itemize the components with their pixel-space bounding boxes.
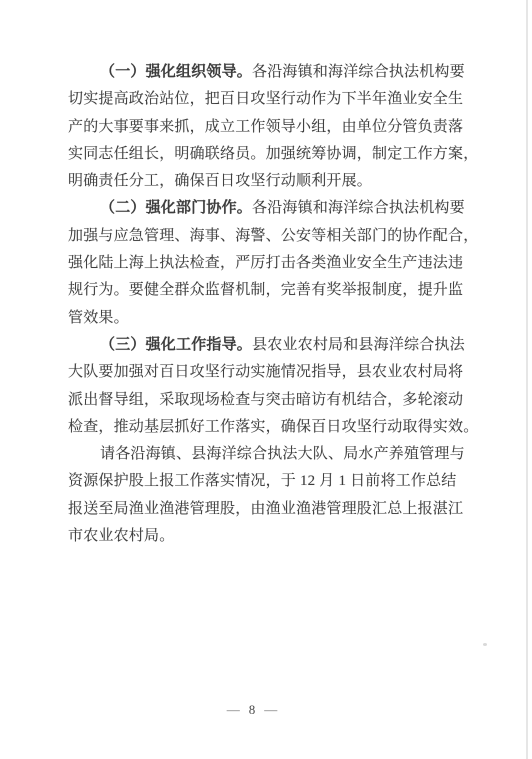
section-heading: （一）强化组织领导。 — [100, 64, 252, 80]
text-line: （二）强化部门协作。各沿海镇和海洋综合执法机构要 — [68, 195, 468, 222]
text-line: 切实提高政治站位，把百日攻坚行动作为下半年渔业安全生 — [68, 86, 468, 113]
scan-edge-line — [526, 0, 528, 759]
text-line: 市农业农村局。 — [68, 523, 468, 550]
text-line: 明确责任分工，确保百日攻坚行动顺利开展。 — [68, 168, 468, 195]
text-run: 各沿海镇和海洋综合执法机构要 — [252, 200, 465, 216]
footer-dash-right: — — [264, 702, 277, 717]
text-line: 规行为。要健全群众监督机制，完善有奖举报制度，提升监 — [68, 277, 468, 304]
text-line: 请各沿海镇、县海洋综合执法大队、局水产养殖管理与 — [68, 441, 468, 468]
paragraph-3: （三）强化工作指导。县农业农村局和县海洋综合执法 大队要加强对百日攻坚行动实施情… — [68, 332, 468, 441]
text-line: （三）强化工作指导。县农业农村局和县海洋综合执法 — [68, 332, 468, 359]
text-line: （一）强化组织领导。各沿海镇和海洋综合执法机构要 — [68, 59, 468, 86]
text-run: 县农业农村局和县海洋综合执法 — [252, 337, 465, 353]
text-line: 资源保护股上报工作落实情况，于 12 月 1 日前将工作总结 — [68, 468, 468, 495]
text-line: 大队要加强对百日攻坚行动实施情况指导，县农业农村局将 — [68, 359, 468, 386]
text-line: 检查，推动基层抓好工作落实，确保百日攻坚行动取得实效。 — [68, 414, 468, 441]
page-number: 8 — [249, 702, 256, 717]
scanned-document-page: （一）强化组织领导。各沿海镇和海洋综合执法机构要 切实提高政治站位，把百日攻坚行… — [0, 0, 532, 759]
document-body: （一）强化组织领导。各沿海镇和海洋综合执法机构要 切实提高政治站位，把百日攻坚行… — [68, 59, 468, 550]
footer-dash-left: — — [227, 702, 240, 717]
paragraph-2: （二）强化部门协作。各沿海镇和海洋综合执法机构要 加强与应急管理、海事、海警、公… — [68, 195, 468, 331]
text-line: 实同志任组长，明确联络员。加强统筹协调，制定工作方案， — [68, 141, 468, 168]
section-heading: （三）强化工作指导。 — [100, 337, 252, 353]
text-run: 请各沿海镇、县海洋综合执法大队、局水产养殖管理与 — [100, 446, 465, 462]
page-footer: —8— — [0, 702, 518, 718]
text-line: 报送至局渔业渔港管理股，由渔业渔港管理股汇总上报湛江 — [68, 496, 468, 523]
section-heading: （二）强化部门协作。 — [100, 200, 252, 216]
text-line: 派出督导组，采取现场检查与突击暗访有机结合，多轮滚动 — [68, 387, 468, 414]
paragraph-1: （一）强化组织领导。各沿海镇和海洋综合执法机构要 切实提高政治站位，把百日攻坚行… — [68, 59, 468, 195]
text-line: 产的大事要事来抓，成立工作领导小组，由单位分管负责落 — [68, 114, 468, 141]
text-run: 各沿海镇和海洋综合执法机构要 — [252, 64, 465, 80]
text-line: 加强与应急管理、海事、海警、公安等相关部门的协作配合， — [68, 223, 468, 250]
scan-smudge — [483, 643, 487, 646]
paragraph-4: 请各沿海镇、县海洋综合执法大队、局水产养殖管理与 资源保护股上报工作落实情况，于… — [68, 441, 468, 550]
text-line: 管效果。 — [68, 305, 468, 332]
text-line: 强化陆上海上执法检查，严厉打击各类渔业安全生产违法违 — [68, 250, 468, 277]
